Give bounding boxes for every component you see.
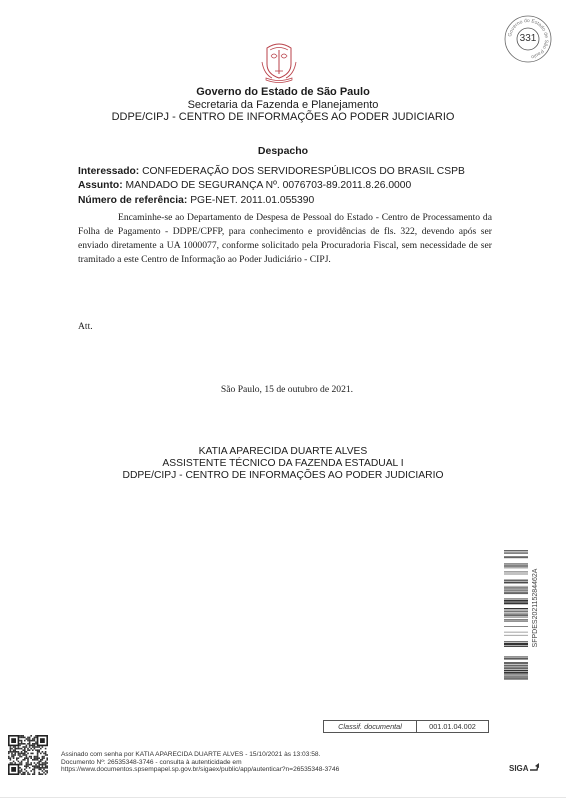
signer-role: ASSISTENTE TÉCNICO DA FAZENDA ESTADUAL I bbox=[0, 458, 566, 469]
barcode-icon bbox=[504, 550, 528, 680]
footer-signed-by: Assinado com senha por KATIA APARECIDA D… bbox=[61, 751, 339, 759]
page-number-stamp: Governo do Estado de São Paulo 331 bbox=[502, 13, 554, 65]
closing: Att. bbox=[78, 321, 93, 332]
meta-value: PGE-NET. 2011.01.055390 bbox=[190, 195, 314, 206]
header-department: DDPE/CIPJ - CENTRO DE INFORMAÇÕES AO POD… bbox=[0, 111, 566, 123]
barcode-code: SFPDES202115284462A bbox=[532, 558, 544, 658]
siga-brand: SIGA bbox=[509, 764, 529, 773]
meta-assunto: Assunto: MANDADO DE SEGURANÇA Nº. 007670… bbox=[78, 179, 465, 193]
stamp-page-number: 331 bbox=[502, 13, 554, 65]
header-government: Governo do Estado de São Paulo bbox=[0, 86, 566, 98]
date-line: São Paulo, 15 de outubro de 2021. bbox=[0, 384, 566, 395]
meta-label: Interessado: bbox=[78, 166, 139, 177]
document-title: Despacho bbox=[0, 145, 566, 157]
document-meta: Interessado: CONFEDERAÇÃO DOS SERVIDORES… bbox=[78, 165, 465, 208]
siga-logo: SIGA bbox=[509, 763, 540, 773]
footer-document-number: Documento Nº: 26535348-3746 - consulta à… bbox=[61, 759, 339, 767]
classification-box: Classif. documental 001.01.04.002 bbox=[323, 720, 489, 733]
signer-department: DDPE/CIPJ - CENTRO DE INFORMAÇÕES AO POD… bbox=[0, 470, 566, 481]
meta-value: MANDADO DE SEGURANÇA Nº. 0076703-89.2011… bbox=[126, 180, 412, 191]
coat-of-arms-icon bbox=[258, 40, 300, 84]
qr-code-icon[interactable] bbox=[8, 735, 48, 775]
classification-label: Classif. documental bbox=[324, 721, 417, 732]
signature-footer: Assinado com senha por KATIA APARECIDA D… bbox=[61, 751, 339, 774]
meta-numero-referencia: Número de referência: PGE-NET. 2011.01.0… bbox=[78, 194, 465, 208]
meta-interessado: Interessado: CONFEDERAÇÃO DOS SERVIDORES… bbox=[78, 165, 465, 179]
arrow-up-right-icon bbox=[530, 763, 540, 773]
meta-value: CONFEDERAÇÃO DOS SERVIDORESPÚBLICOS DO B… bbox=[142, 166, 465, 177]
meta-label: Número de referência: bbox=[78, 195, 187, 206]
classification-value: 001.01.04.002 bbox=[417, 721, 488, 732]
header-secretariat: Secretaria da Fazenda e Planejamento bbox=[0, 99, 566, 111]
footer-authentication-link[interactable]: https://www.documentos.spsempapel.sp.gov… bbox=[61, 766, 339, 774]
body-paragraph: Encaminhe-se ao Departamento de Despesa … bbox=[78, 212, 492, 265]
page-bottom-divider bbox=[0, 797, 566, 798]
meta-label: Assunto: bbox=[78, 180, 123, 191]
signer-name: KATIA APARECIDA DUARTE ALVES bbox=[0, 446, 566, 457]
document-body: Encaminhe-se ao Departamento de Despesa … bbox=[78, 211, 492, 267]
